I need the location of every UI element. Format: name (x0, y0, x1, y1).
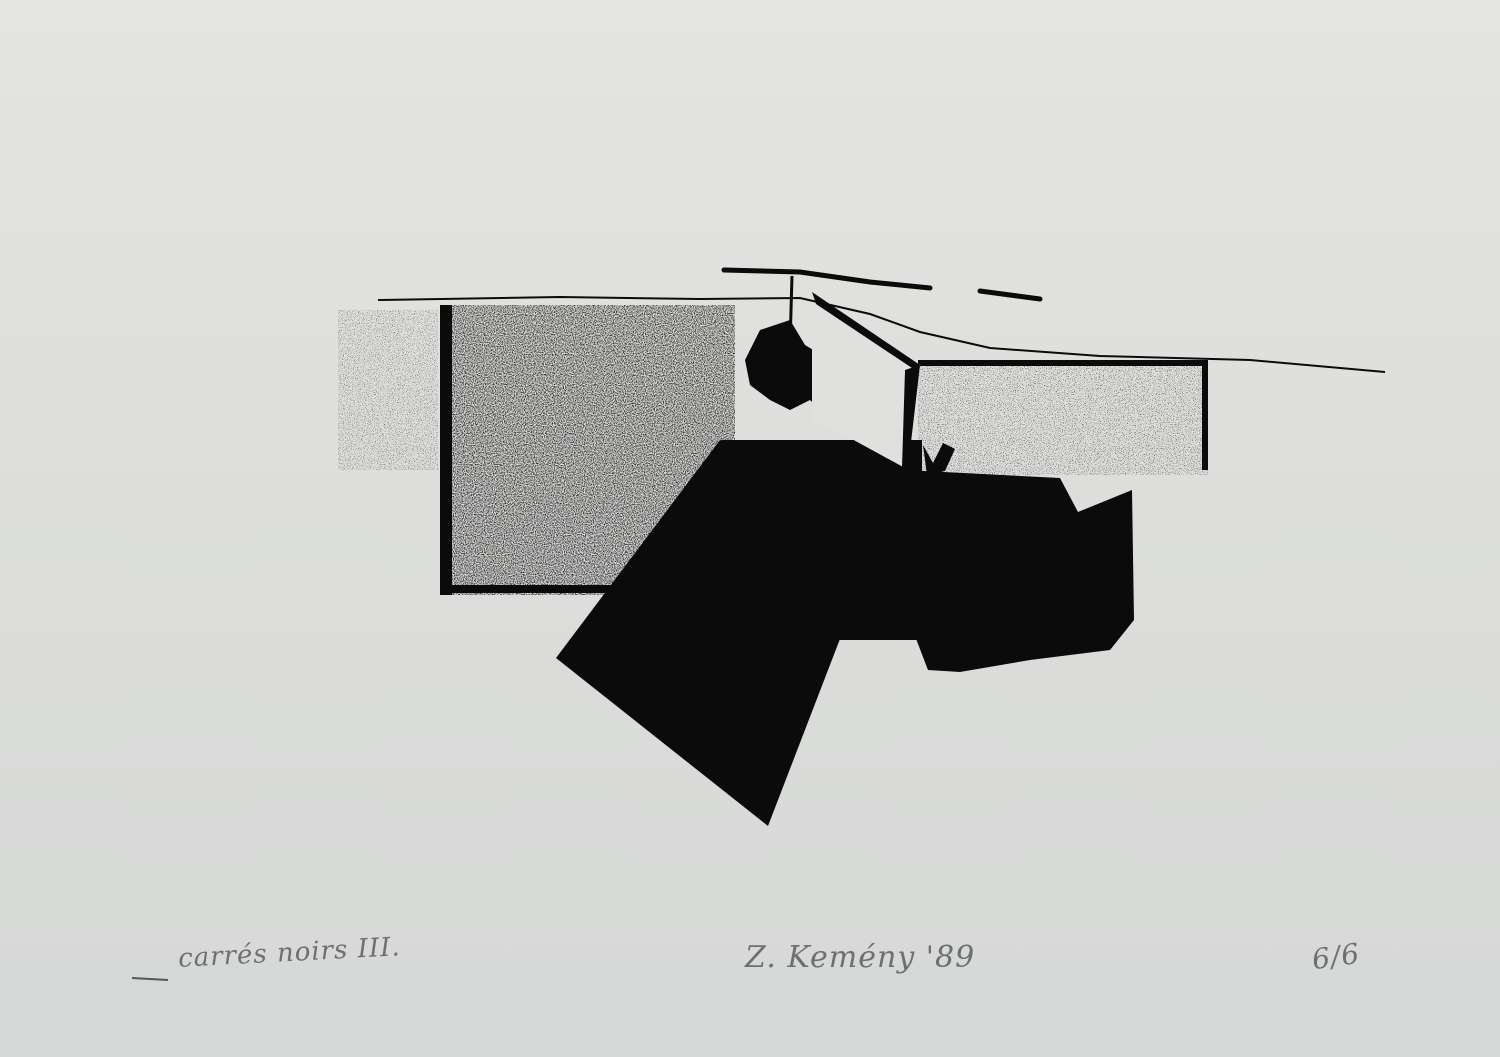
edition-number: 6/6 (1310, 937, 1362, 976)
textured-block-left-faint (338, 310, 438, 470)
abstract-print (0, 0, 1500, 1057)
artist-signature: Z. Kemény '89 (745, 940, 975, 975)
textured-band-right (918, 360, 1208, 475)
black-torn-shape (905, 470, 1134, 672)
